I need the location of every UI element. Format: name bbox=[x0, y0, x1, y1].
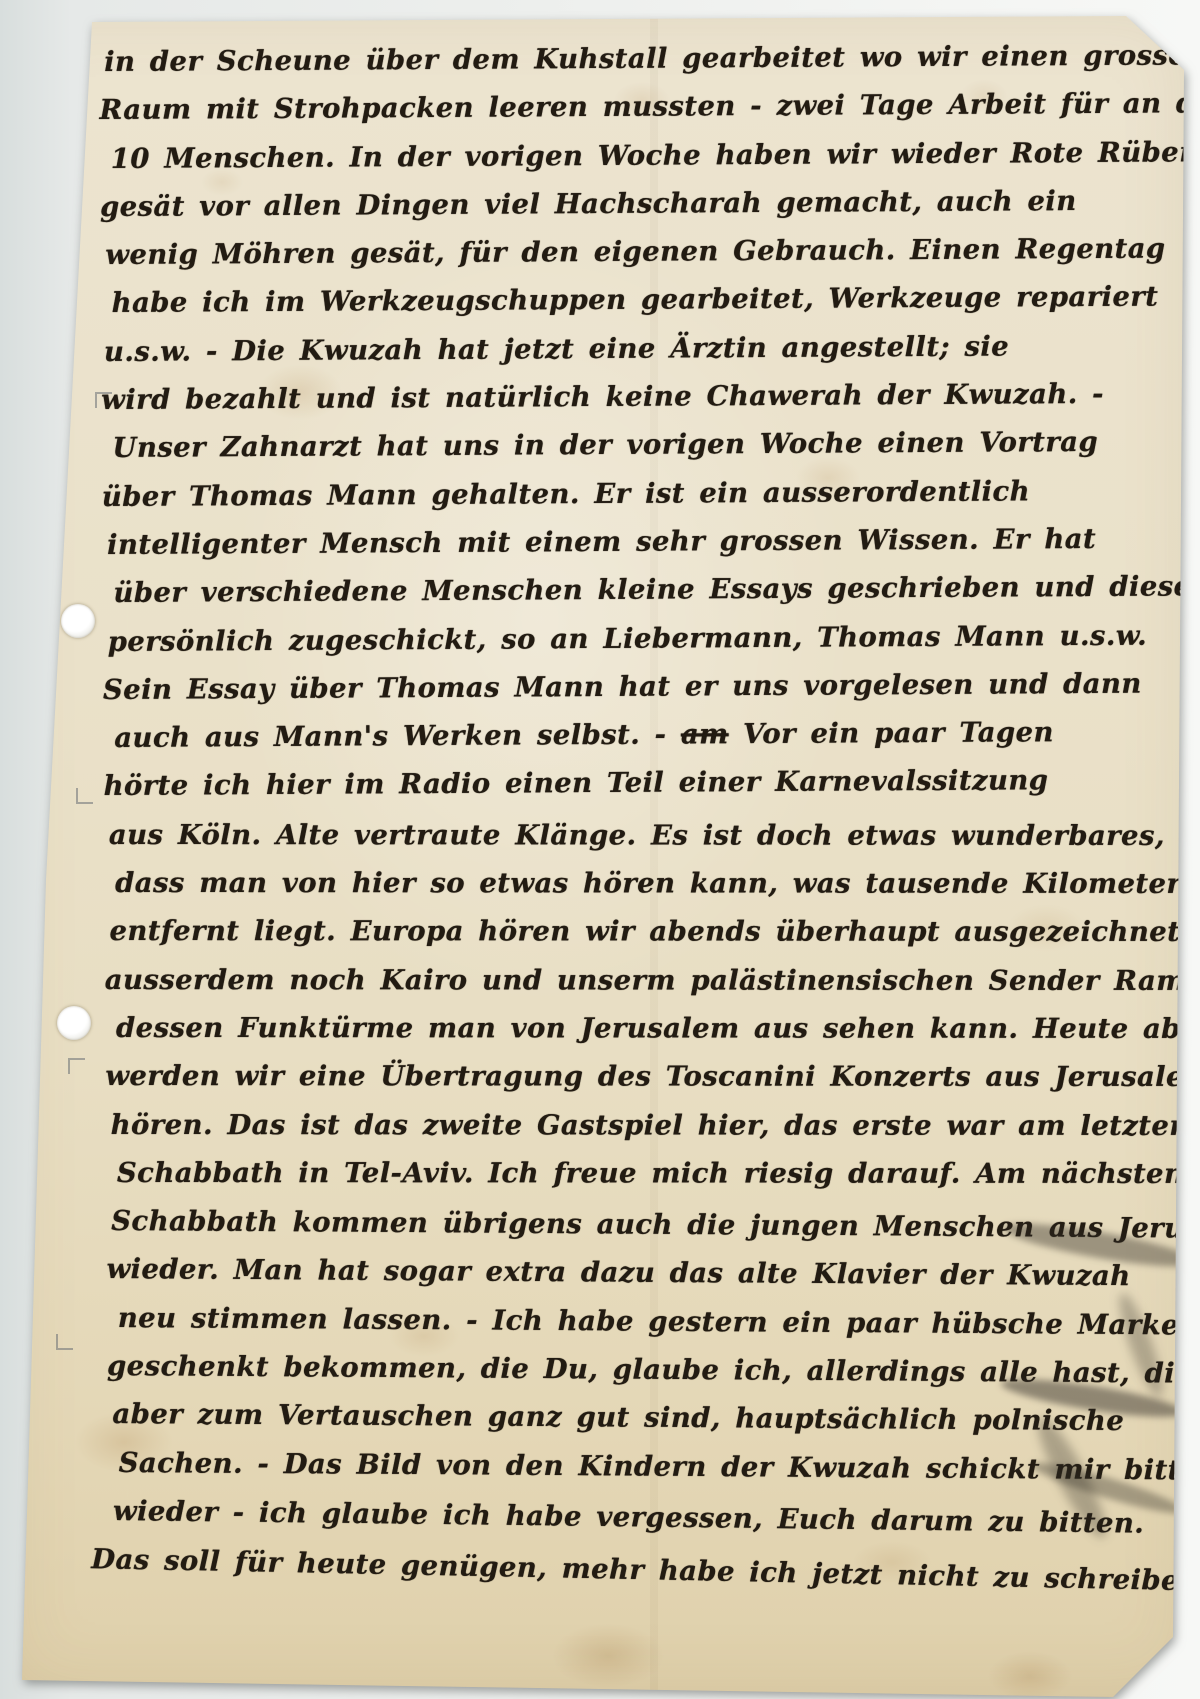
handwriting-line: dass man von hier so etwas hören kann, w… bbox=[115, 859, 1119, 908]
handwriting-line: neu stimmen lassen. - Ich habe gestern e… bbox=[118, 1294, 1122, 1349]
handwriting-line: gesät vor allen Dingen viel Hachscharah … bbox=[100, 177, 1115, 231]
handwriting-line: Schabbath kommen übrigens auch die junge… bbox=[111, 1197, 1121, 1252]
handwriting-line: habe ich im Werkzeugschuppen gearbeitet,… bbox=[111, 273, 1115, 327]
handwriting-line: hören. Das ist das zweite Gastspiel hier… bbox=[111, 1101, 1121, 1150]
handwriting-line: wenig Möhren gesät, für den eigenen Gebr… bbox=[105, 225, 1115, 279]
handwriting-line: Schabbath in Tel-Aviv. Ich freue mich ri… bbox=[117, 1149, 1121, 1198]
handwriting-line: aber zum Vertauschen ganz gut sind, haup… bbox=[112, 1390, 1122, 1445]
handwriting-line: wieder. Man hat sogar extra dazu das alt… bbox=[106, 1245, 1121, 1300]
pencil-mark bbox=[76, 788, 93, 804]
handwriting-line: in der Scheune über dem Kuhstall gearbei… bbox=[104, 32, 1114, 86]
handwriting-line: persönlich zugeschickt, so an Liebermann… bbox=[108, 611, 1118, 665]
punch-hole bbox=[61, 604, 95, 638]
handwriting-line: über verschiedene Menschen kleine Essays… bbox=[113, 563, 1117, 617]
letter-page: in der Scheune über dem Kuhstall gearbei… bbox=[0, 0, 1200, 1699]
handwriting-line: intelligenter Mensch mit einem sehr gros… bbox=[107, 515, 1117, 569]
scanned-letter-screenshot: { "document": { "kind": "scanned handwri… bbox=[0, 0, 1200, 1699]
handwriting-line: über Thomas Mann gehalten. Er ist ein au… bbox=[102, 466, 1117, 520]
pencil-mark bbox=[56, 1334, 73, 1350]
handwriting-line: werden wir eine Übertragung des Toscanin… bbox=[105, 1052, 1120, 1101]
handwriting-line: Sachen. - Das Bild von den Kindern der K… bbox=[119, 1439, 1123, 1494]
handwriting-line: dessen Funktürme man von Jerusalem aus s… bbox=[116, 1004, 1120, 1053]
text-layer: in der Scheune über dem Kuhstall gearbei… bbox=[104, 32, 1123, 1584]
handwriting-line: Unser Zahnarzt hat uns in der vorigen Wo… bbox=[112, 418, 1116, 472]
handwriting-line: auch aus Mann's Werken selbst. - am Vor … bbox=[114, 708, 1118, 762]
paper-shadow-wrapper: in der Scheune über dem Kuhstall gearbei… bbox=[0, 0, 1200, 1699]
pencil-mark bbox=[68, 1058, 85, 1074]
crossed-out-word: am bbox=[681, 718, 729, 750]
handwriting-line: u.s.w. - Die Kwuzah hat jetzt eine Ärzti… bbox=[104, 322, 1116, 376]
handwriting-line: 10 Menschen. In der vorigen Woche haben … bbox=[111, 128, 1115, 182]
handwriting-line: ausserdem noch Kairo und unserm palästin… bbox=[105, 956, 1120, 1005]
handwriting-line: Sein Essay über Thomas Mann hat er uns v… bbox=[103, 660, 1118, 714]
handwriting-line: aus Köln. Alte vertraute Klänge. Es ist … bbox=[109, 811, 1119, 860]
handwriting-line: Raum mit Strohpacken leeren mussten - zw… bbox=[99, 80, 1114, 134]
punch-hole bbox=[57, 1006, 91, 1040]
handwriting-line: geschenkt bekommen, die Du, glaube ich, … bbox=[107, 1342, 1122, 1397]
handwriting-line: entfernt liegt. Europa hören wir abends … bbox=[109, 907, 1119, 956]
handwriting-line: hörte ich hier im Radio einen Teil einer… bbox=[103, 756, 1118, 810]
handwriting-line: wird bezahlt und ist natürlich keine Cha… bbox=[101, 370, 1116, 424]
